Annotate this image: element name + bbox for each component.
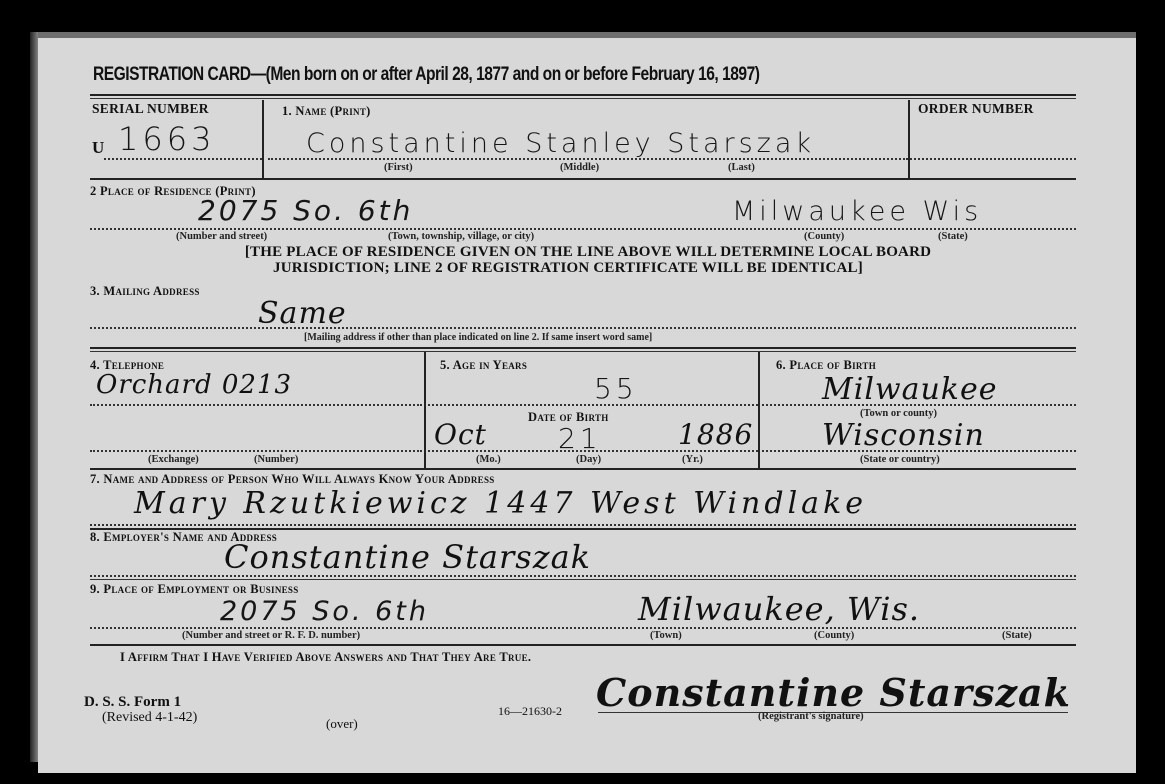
form-revised: (Revised 4-1-42): [102, 710, 197, 726]
dotted-line: [90, 450, 422, 452]
employment-street: 2075 So. 6th: [220, 596, 429, 627]
dotted-line: [90, 627, 1076, 629]
sub-employment-street: (Number and street or R. F. D. number): [182, 630, 360, 641]
employment-town: Milwaukee, Wis.: [638, 590, 920, 628]
divider: [262, 100, 264, 178]
rule: [90, 579, 1076, 580]
place-of-employment-label: 9. Place of Employment or Business: [90, 582, 299, 597]
sub-town: (Town, township, village, or city): [388, 231, 534, 242]
contact-person-value: Mary Rzutkiewicz 1447 West Windlake: [134, 486, 867, 521]
sub-day: (Day): [576, 454, 601, 465]
residence-notice-line2: JURISDICTION; LINE 2 OF REGISTRATION CER…: [138, 260, 998, 276]
dotted-line: [90, 327, 1076, 329]
serial-number-value: 1663: [118, 120, 215, 158]
sub-first: (First): [384, 162, 413, 173]
card-title: REGISTRATION CARD—(Men born on or after …: [93, 64, 759, 86]
place-of-birth-label: 6. Place of Birth: [776, 358, 876, 373]
sub-state-country: (State or country): [860, 454, 940, 465]
sub-employment-state: (State): [1002, 630, 1032, 641]
rule: [90, 178, 1076, 180]
dotted-line: [762, 450, 1076, 452]
sub-middle: (Middle): [560, 162, 599, 173]
sub-exchange: (Exchange): [148, 454, 199, 465]
serial-prefix: U: [92, 138, 104, 158]
dotted-line: [90, 404, 422, 406]
name-label: 1. Name (Print): [282, 104, 371, 119]
sub-year: (Yr.): [682, 454, 703, 465]
sub-month: (Mo.): [476, 454, 501, 465]
dotted-line: [90, 524, 1076, 526]
divider: [424, 352, 426, 468]
serial-number-label: SERIAL NUMBER: [92, 101, 209, 117]
rule: [90, 351, 1076, 352]
sub-employment-county: (County): [814, 630, 854, 641]
signature-label: (Registrant's signature): [758, 711, 864, 722]
sub-county: (County): [804, 231, 844, 242]
age-label: 5. Age in Years: [440, 358, 527, 373]
employer-value: Constantine Starszak: [224, 538, 591, 576]
sub-last: (Last): [728, 162, 755, 173]
residence-street: 2075 So. 6th: [198, 194, 413, 227]
dotted-line: [762, 404, 1076, 406]
dotted-line: [428, 404, 758, 406]
residence-notice-line1: [THE PLACE OF RESIDENCE GIVEN ON THE LIN…: [138, 244, 1038, 260]
sub-number-street: (Number and street): [176, 231, 267, 242]
mailing-note: [Mailing address if other than place ind…: [304, 332, 652, 343]
dotted-line: [428, 450, 758, 452]
dotted-line: [90, 228, 1076, 230]
dotted-line: [104, 158, 262, 160]
order-number-label: ORDER NUMBER: [918, 101, 1034, 117]
birth-town: Milwaukee: [822, 372, 997, 407]
rule: [90, 94, 1076, 96]
affirmation-text: I Affirm That I Have Verified Above Answ…: [120, 650, 531, 665]
rule: [90, 347, 1076, 349]
name-value: Constantine Stanley Starszak: [306, 128, 815, 159]
dotted-line: [910, 158, 1076, 160]
rule: [90, 98, 1076, 99]
registrant-signature: Constantine Starszak: [596, 670, 1071, 715]
sub-employment-town: (Town): [650, 630, 682, 641]
divider: [908, 100, 910, 178]
mailing-address-label: 3. Mailing Address: [90, 284, 200, 299]
dob-year: 1886: [678, 418, 753, 451]
form-code: 16—21630-2: [498, 704, 562, 719]
rule: [90, 644, 1076, 646]
mailing-address-value: Same: [258, 296, 347, 331]
form-name: D. S. S. Form 1: [84, 694, 181, 711]
dotted-line: [90, 575, 1076, 577]
telephone-value: Orchard 0213: [96, 370, 292, 400]
residence-county-state: Milwaukee Wis: [732, 196, 982, 227]
over-note: (over): [326, 716, 358, 732]
registration-card: REGISTRATION CARD—(Men born on or after …: [38, 32, 1136, 773]
sub-number: (Number): [254, 454, 298, 465]
divider: [758, 352, 760, 468]
contact-person-label: 7. Name and Address of Person Who Will A…: [90, 472, 495, 487]
dob-month: Oct: [434, 418, 487, 451]
dotted-line: [268, 158, 908, 160]
sub-state: (State): [938, 231, 968, 242]
rule: [90, 468, 1076, 470]
age-value: 55: [594, 372, 638, 405]
birth-state: Wisconsin: [822, 418, 985, 453]
